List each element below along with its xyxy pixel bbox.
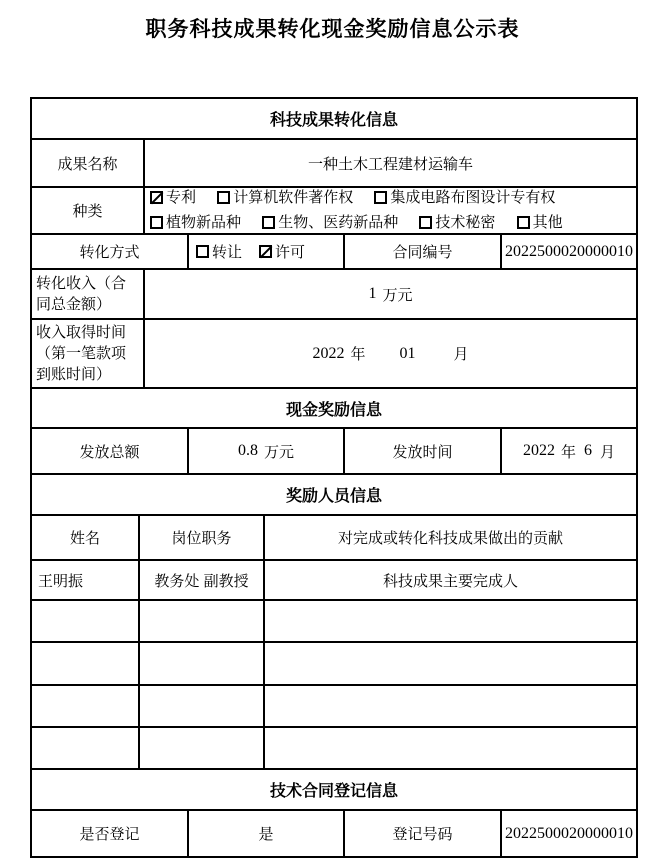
section-header-tech-transform: 科技成果转化信息 <box>32 99 636 138</box>
income-time-label-line3: 到账时间） <box>36 364 126 385</box>
column-header-position: 岗位职务 <box>138 516 263 559</box>
income-time-label-line2: （第一笔款项 <box>36 343 126 364</box>
category-options-line2: 植物新品种 生物、医药新品种 技术秘密 其他 <box>150 211 563 234</box>
category-options-line1: 专利 计算机软件著作权 集成电路布图设计专有权 <box>150 188 563 211</box>
section-header-row-contract-reg: 技术合同登记信息 <box>32 770 636 811</box>
people-header-row: 姓名 岗位职务 对完成或转化科技成果做出的贡献 <box>32 516 636 561</box>
checkbox-label: 许可 <box>275 241 305 262</box>
checkbox-software-copyright[interactable]: 计算机软件著作权 <box>217 188 353 209</box>
payout-time-label: 发放时间 <box>343 429 500 473</box>
reg-no-value: 2022500020000010 <box>500 811 636 856</box>
transform-mode-options: 转让 许可 <box>187 235 343 268</box>
section-header-contract-reg: 技术合同登记信息 <box>32 770 636 809</box>
checkbox-unchecked-icon <box>150 216 163 229</box>
result-name-label: 成果名称 <box>32 140 143 186</box>
payout-amount: 0.8 <box>238 442 258 460</box>
person-position <box>138 643 263 684</box>
income-time-month-unit: 月 <box>454 343 469 364</box>
reg-no-label: 登记号码 <box>343 811 500 856</box>
checkbox-patent[interactable]: 专利 <box>150 188 196 209</box>
person-position <box>138 601 263 641</box>
result-name-value: 一种土木工程建材运输车 <box>143 140 636 186</box>
contract-no-label: 合同编号 <box>343 235 500 268</box>
section-header-row-cash-reward: 现金奖励信息 <box>32 389 636 429</box>
checkbox-label: 转让 <box>212 241 242 262</box>
payout-total-label: 发放总额 <box>32 429 187 473</box>
payout-total-value: 0.8 万元 <box>187 429 343 473</box>
checkbox-transfer[interactable]: 转让 <box>196 241 242 262</box>
transform-mode-label: 转化方式 <box>32 235 187 268</box>
checkbox-label: 专利 <box>166 188 196 209</box>
payout-time-value: 2022 年 6 月 <box>500 429 636 473</box>
checkbox-label: 植物新品种 <box>166 211 241 234</box>
payout-year: 2022 <box>523 442 555 460</box>
income-time-year-unit: 年 <box>350 343 365 364</box>
income-unit: 万元 <box>382 284 412 305</box>
checkbox-label: 其他 <box>533 211 563 234</box>
person-position: 教务处 副教授 <box>138 561 263 599</box>
person-contribution <box>263 728 636 768</box>
table-row-person-empty <box>32 643 636 686</box>
table-row-income: 转化收入（合 同总金额） 1 万元 <box>32 270 636 320</box>
payout-unit: 万元 <box>264 441 294 462</box>
person-contribution <box>263 643 636 684</box>
form-table: 科技成果转化信息 成果名称 一种土木工程建材运输车 种类 专利 计算机软件著作权 <box>30 97 638 858</box>
person-name <box>32 643 138 684</box>
income-time-label: 收入取得时间 （第一笔款项 到账时间） <box>32 320 143 387</box>
person-name: 王明振 <box>32 561 138 599</box>
checkbox-ic-layout[interactable]: 集成电路布图设计专有权 <box>374 188 555 209</box>
checkbox-license[interactable]: 许可 <box>259 241 305 262</box>
payout-month-unit: 月 <box>600 441 615 462</box>
income-time-month: 01 <box>400 345 416 363</box>
person-contribution <box>263 601 636 641</box>
section-header-reward-people: 奖励人员信息 <box>32 475 636 514</box>
table-row-income-time: 收入取得时间 （第一笔款项 到账时间） 2022 年 01 月 <box>32 320 636 389</box>
table-row-category: 种类 专利 计算机软件著作权 集成电路布图设计专有权 <box>32 188 636 235</box>
income-time-label-line1: 收入取得时间 <box>36 322 126 343</box>
checkbox-label: 集成电路布图设计专有权 <box>390 188 555 209</box>
income-time-value: 2022 年 01 月 <box>143 320 636 387</box>
table-row-person-empty <box>32 601 636 643</box>
income-label-line1: 转化收入（合 <box>36 273 126 294</box>
contract-no-value: 2022500020000010 <box>500 235 636 268</box>
income-label-line2: 同总金额） <box>36 294 126 315</box>
checkbox-plant-variety[interactable]: 植物新品种 <box>150 211 241 234</box>
payout-month: 6 <box>584 442 592 460</box>
section-header-cash-reward: 现金奖励信息 <box>32 389 636 427</box>
column-header-contribution: 对完成或转化科技成果做出的贡献 <box>263 516 636 559</box>
section-header-row-reward-people: 奖励人员信息 <box>32 475 636 516</box>
section-header-row-tech-transform: 科技成果转化信息 <box>32 99 636 140</box>
checkbox-unchecked-icon <box>419 216 432 229</box>
checkbox-checked-icon <box>259 245 272 258</box>
income-amount: 1 <box>368 285 376 303</box>
page-title: 职务科技成果转化现金奖励信息公示表 <box>0 13 665 43</box>
table-row-person-empty <box>32 728 636 770</box>
checkbox-bio-medicine[interactable]: 生物、医药新品种 <box>262 211 398 234</box>
table-row-registration: 是否登记 是 登记号码 2022500020000010 <box>32 811 636 856</box>
table-row-person: 王明振 教务处 副教授 科技成果主要完成人 <box>32 561 636 601</box>
checkbox-unchecked-icon <box>517 216 530 229</box>
person-contribution: 科技成果主要完成人 <box>263 561 636 599</box>
column-header-name: 姓名 <box>32 516 138 559</box>
person-name <box>32 728 138 768</box>
person-name <box>32 686 138 726</box>
checkbox-label: 生物、医药新品种 <box>278 211 398 234</box>
person-position <box>138 728 263 768</box>
checkbox-other[interactable]: 其他 <box>517 211 563 234</box>
checkbox-tech-secret[interactable]: 技术秘密 <box>419 211 495 234</box>
income-label: 转化收入（合 同总金额） <box>32 270 143 318</box>
table-row-result-name: 成果名称 一种土木工程建材运输车 <box>32 140 636 188</box>
checkbox-unchecked-icon <box>196 245 209 258</box>
registered-label: 是否登记 <box>32 811 187 856</box>
checkbox-unchecked-icon <box>262 216 275 229</box>
payout-year-unit: 年 <box>561 441 576 462</box>
table-row-payout: 发放总额 0.8 万元 发放时间 2022 年 6 月 <box>32 429 636 475</box>
checkbox-unchecked-icon <box>217 191 230 204</box>
checkbox-checked-icon <box>150 191 163 204</box>
category-label: 种类 <box>32 188 143 233</box>
category-options: 专利 计算机软件著作权 集成电路布图设计专有权 植物新品种 <box>143 188 636 233</box>
table-row-person-empty <box>32 686 636 728</box>
person-contribution <box>263 686 636 726</box>
table-row-transform-mode: 转化方式 转让 许可 合同编号 2022500020000010 <box>32 235 636 270</box>
income-time-year: 2022 <box>312 345 344 363</box>
person-position <box>138 686 263 726</box>
checkbox-label: 计算机软件著作权 <box>233 188 353 209</box>
income-value: 1 万元 <box>143 270 636 318</box>
person-name <box>32 601 138 641</box>
checkbox-label: 技术秘密 <box>435 211 495 234</box>
checkbox-unchecked-icon <box>374 191 387 204</box>
registered-value: 是 <box>187 811 343 856</box>
